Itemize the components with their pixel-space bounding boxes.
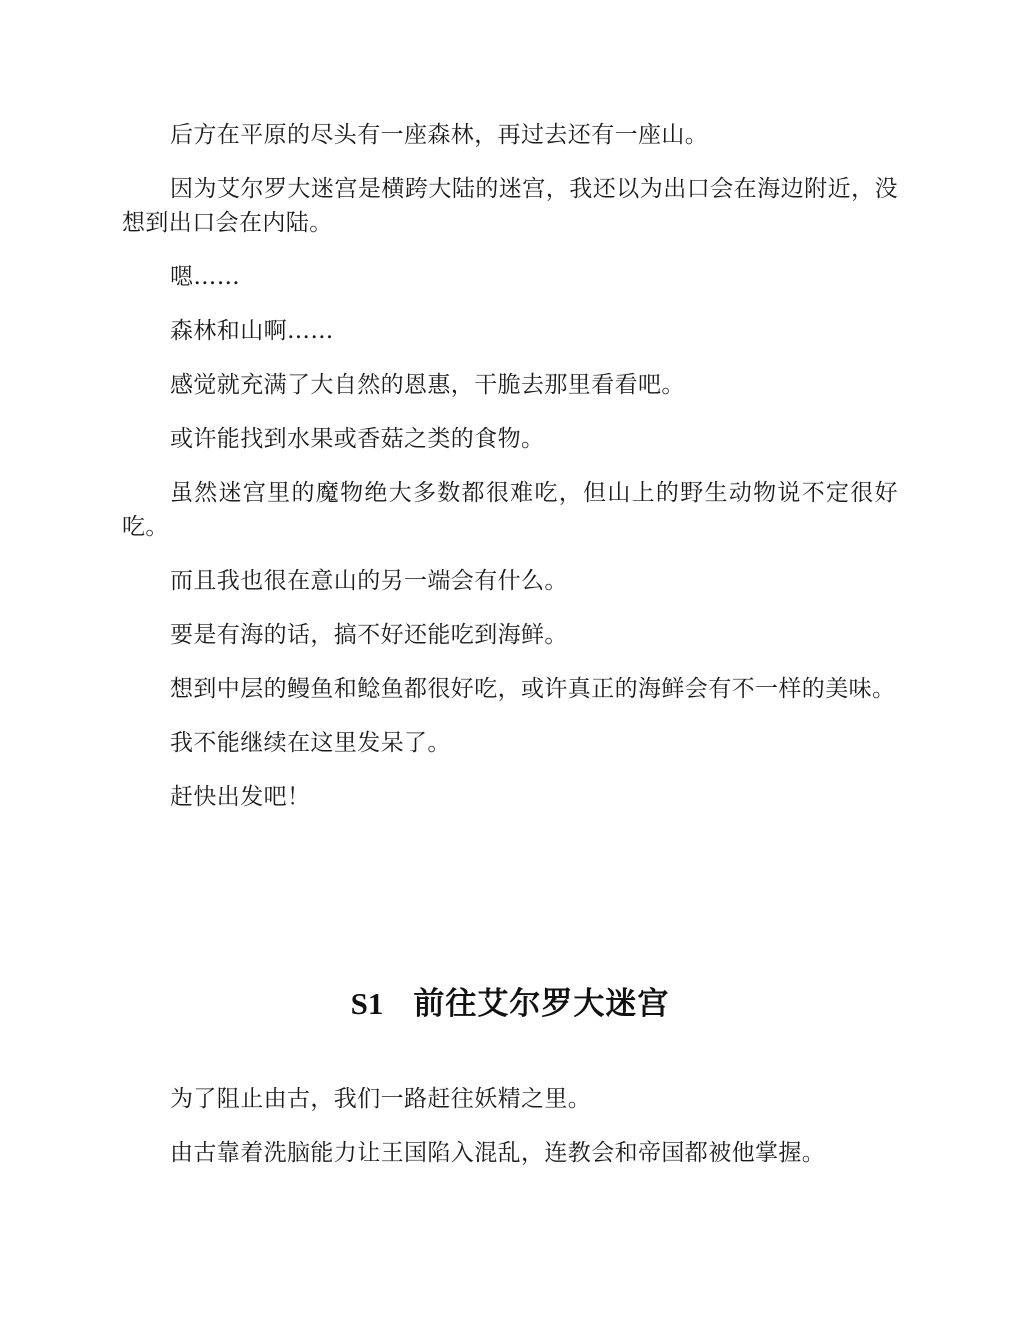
paragraph: 嗯…… bbox=[122, 260, 898, 294]
paragraph: 而且我也很在意山的另一端会有什么。 bbox=[122, 564, 898, 598]
paragraph: 虽然迷宫里的魔物绝大多数都很难吃，但山上的野生动物说不定很好吃。 bbox=[122, 476, 898, 544]
paragraph: 为了阻止由古，我们一路赶往妖精之里。 bbox=[122, 1082, 898, 1116]
chapter-heading: S1前往艾尔罗大迷宫 bbox=[0, 984, 1020, 1024]
chapter-title: 前往艾尔罗大迷宫 bbox=[413, 986, 669, 1022]
document-body: 后方在平原的尽头有一座森林，再过去还有一座山。 因为艾尔罗大迷宫是横跨大陆的迷宫… bbox=[122, 118, 898, 834]
paragraph: 因为艾尔罗大迷宫是横跨大陆的迷宫，我还以为出口会在海边附近，没想到出口会在内陆。 bbox=[122, 172, 898, 240]
chapter-body: 为了阻止由古，我们一路赶往妖精之里。 由古靠着洗脑能力让王国陷入混乱，连教会和帝… bbox=[122, 1082, 898, 1190]
paragraph: 我不能继续在这里发呆了。 bbox=[122, 726, 898, 760]
paragraph: 感觉就充满了大自然的恩惠，干脆去那里看看吧。 bbox=[122, 368, 898, 402]
paragraph: 想到中层的鳗鱼和鲶鱼都很好吃，或许真正的海鲜会有不一样的美味。 bbox=[122, 672, 898, 706]
paragraph: 要是有海的话，搞不好还能吃到海鲜。 bbox=[122, 618, 898, 652]
chapter-number: S1 bbox=[351, 986, 384, 1021]
paragraph: 或许能找到水果或香菇之类的食物。 bbox=[122, 422, 898, 456]
paragraph: 赶快出发吧！ bbox=[122, 780, 898, 814]
paragraph: 由古靠着洗脑能力让王国陷入混乱，连教会和帝国都被他掌握。 bbox=[122, 1136, 898, 1170]
paragraph: 后方在平原的尽头有一座森林，再过去还有一座山。 bbox=[122, 118, 898, 152]
paragraph: 森林和山啊…… bbox=[122, 314, 898, 348]
